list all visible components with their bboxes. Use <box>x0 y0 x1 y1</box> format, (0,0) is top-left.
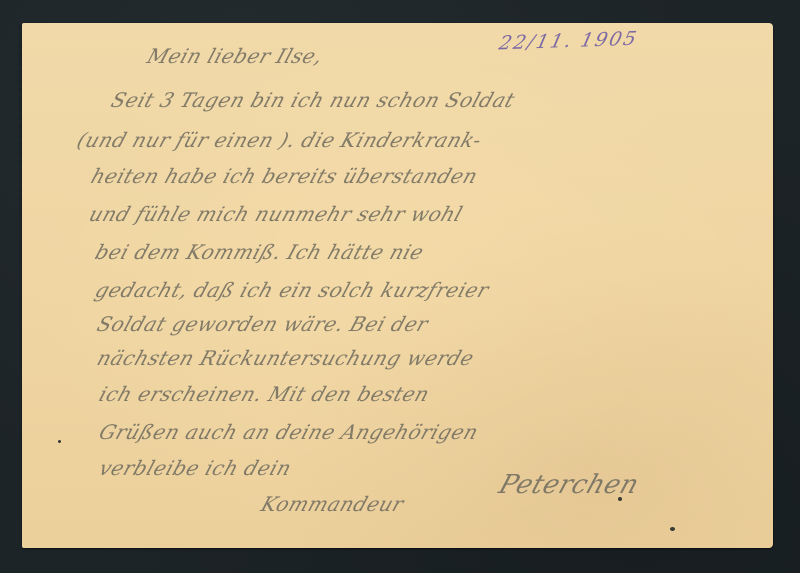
letter-line: Soldat geworden wäre. Bei der <box>94 312 431 336</box>
letter-line: und fühle mich nunmehr sehr wohl <box>86 202 466 226</box>
ink-spot <box>58 440 61 443</box>
letter-line: Grüßen auch an deine Angehörigen <box>96 420 482 444</box>
letter-line: (und nur für einen ). die Kinderkrank- <box>74 128 485 152</box>
closing: Kommandeur <box>258 492 407 516</box>
letter-line: nächsten Rückuntersuchung werde <box>94 346 477 370</box>
letter-line: verbleibe ich dein <box>96 456 295 480</box>
letter-line: ich erscheinen. Mit den besten <box>96 382 433 406</box>
salutation: Mein lieber Ilse, <box>144 44 326 68</box>
letter-line: bei dem Kommiß. Ich hätte nie <box>92 240 427 264</box>
letter-line: Seit 3 Tagen bin ich nun schon Soldat <box>108 88 518 112</box>
ink-spot <box>670 527 675 531</box>
signature: Peterchen <box>495 470 643 500</box>
perforated-edge <box>18 23 26 548</box>
ink-spot <box>618 497 622 501</box>
letter-line: gedacht, daß ich ein solch kurzfreier <box>92 278 492 302</box>
letter-line: heiten habe ich bereits überstanden <box>88 164 481 188</box>
